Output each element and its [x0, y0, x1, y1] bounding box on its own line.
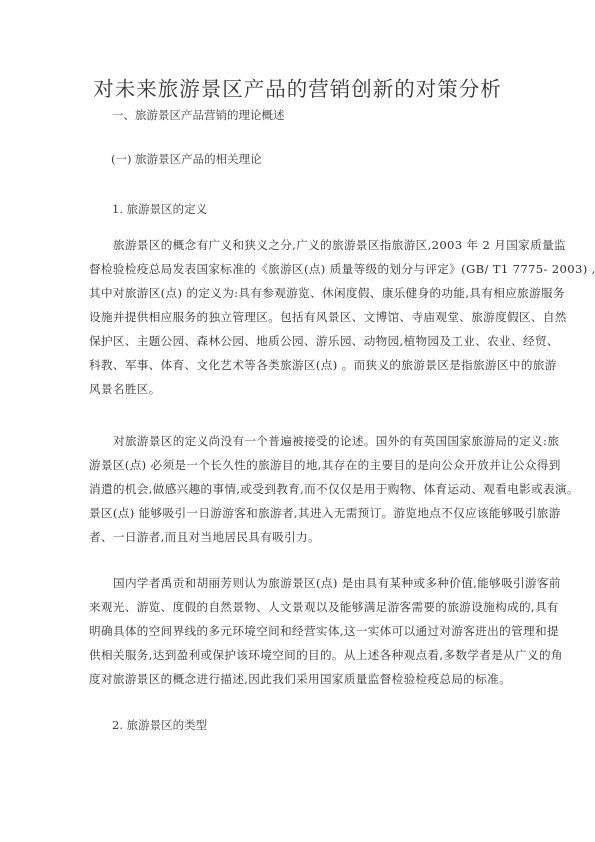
document-page: 对未来旅游景区产品的营销创新的对策分析 一、旅游景区产品营销的理论概述 (一) …: [0, 0, 595, 842]
item-heading-2: 2. 旅游景区的类型: [112, 717, 207, 733]
paragraph-line: 设施并提供相应服务的独立管理区。包括有风景区、文博馆、寺庙观堂、旅游度假区、自然: [89, 305, 507, 329]
document-title: 对未来旅游景区产品的营销创新的对策分析: [0, 76, 595, 102]
item-heading-1: 1. 旅游景区的定义: [112, 201, 207, 217]
paragraph-line: 督检验检疫总局发表国家标准的《旅游区(点) 质量等级的划分与评定》(GB/ T1…: [89, 257, 507, 281]
paragraph-line: 科教、军事、体育、文化艺术等各类旅游区(点) 。而狭义的旅游景区是指旅游区中的旅…: [89, 353, 507, 377]
paragraph-line: 供相关服务,达到盈利或保护该环境空间的目的。从上述各种观点看,多数学者是从广义的…: [89, 643, 507, 667]
paragraph-line: 度对旅游景区的概念进行描述,因此我们采用国家质量监督检验检疫总局的标准。: [89, 667, 507, 691]
subsection-heading-1: (一) 旅游景区产品的相关理论: [111, 151, 262, 167]
paragraph-3: 国内学者禹贡和胡丽芳则认为旅游景区(点) 是由具有某种或多种价值,能够吸引游客前…: [89, 571, 507, 691]
paragraph-line: 游景区(点) 必须是一个长久性的旅游目的地,其存在的主要目的是向公众开放并让公众…: [89, 453, 507, 477]
paragraph-line: 来观光、游览、度假的自然景物、人文景观以及能够满足游客需要的旅游设施构成的,具有: [89, 595, 507, 619]
paragraph-line: 旅游景区的概念有广义和狭义之分,广义的旅游景区指旅游区,2003 年 2 月国家…: [89, 233, 507, 257]
paragraph-1: 旅游景区的概念有广义和狭义之分,广义的旅游景区指旅游区,2003 年 2 月国家…: [89, 233, 507, 401]
paragraph-2: 对旅游景区的定义尚没有一个普遍被接受的论述。国外的有英国国家旅游局的定义:旅 游…: [89, 429, 507, 549]
paragraph-line: 保护区、主题公园、森林公园、地质公园、游乐园、动物园,植物园及工业、农业、经贸、: [89, 329, 507, 353]
paragraph-line: 其中对旅游区(点) 的定义为:具有参观游览、休闲度假、康乐健身的功能,具有相应旅…: [89, 281, 507, 305]
paragraph-line: 对旅游景区的定义尚没有一个普遍被接受的论述。国外的有英国国家旅游局的定义:旅: [89, 429, 507, 453]
paragraph-line: 者、一日游者,而且对当地居民具有吸引力。: [89, 525, 507, 549]
section-heading-1: 一、旅游景区产品营销的理论概述: [112, 107, 285, 123]
paragraph-line: 明确具体的空间界线的多元环境空间和经营实体,这一实体可以通过对游客进出的管理和提: [89, 619, 507, 643]
paragraph-line: 消遣的机会,做感兴趣的事情,或受到教育,而不仅仅是用于购物、体育运动、观看电影或…: [89, 477, 507, 501]
paragraph-line: 风景名胜区。: [89, 377, 507, 401]
paragraph-line: 景区(点) 能够吸引一日游游客和旅游者,其进入无需预订。游览地点不仅应该能够吸引…: [89, 501, 507, 525]
paragraph-line: 国内学者禹贡和胡丽芳则认为旅游景区(点) 是由具有某种或多种价值,能够吸引游客前: [89, 571, 507, 595]
